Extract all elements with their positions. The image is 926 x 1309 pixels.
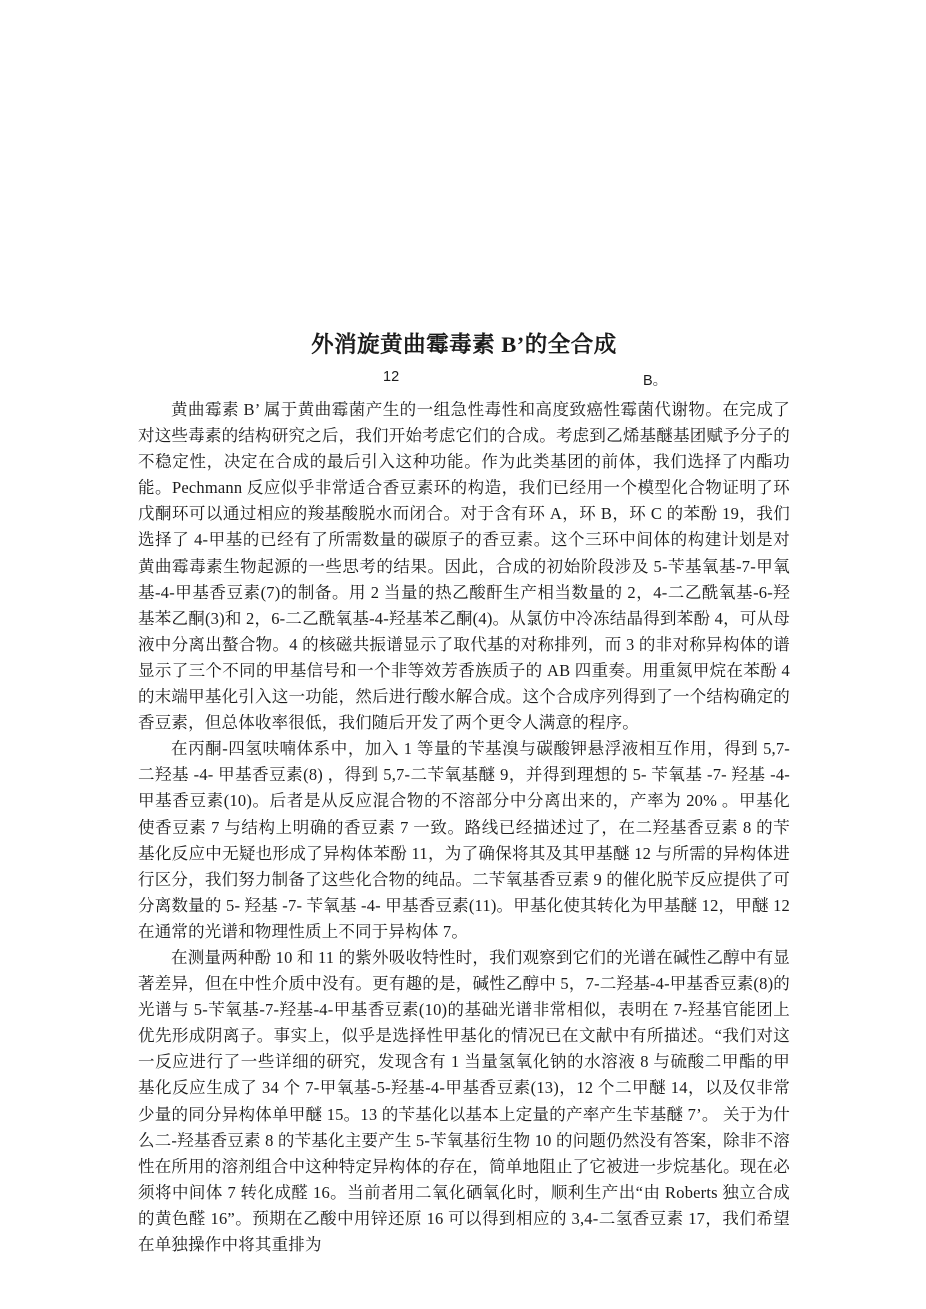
body-paragraph-1: 黄曲霉素 B’ 属于黄曲霉菌产生的一组急性毒性和高度致癌性霉菌代谢物。在完成了对… (138, 397, 790, 736)
document-title: 外消旋黄曲霉毒素 B’的全合成 (138, 331, 790, 359)
footnote-ref-left: 12 (383, 369, 399, 385)
marginalia-row: 12 B。 (138, 367, 790, 397)
footnote-ref-right: B。 (643, 369, 667, 390)
document-body: 黄曲霉素 B’ 属于黄曲霉菌产生的一组急性毒性和高度致癌性霉菌代谢物。在完成了对… (138, 397, 790, 1258)
document-page: 外消旋黄曲霉毒素 B’的全合成 12 B。 黄曲霉素 B’ 属于黄曲霉菌产生的一… (0, 0, 926, 1309)
body-paragraph-3: 在测量两种酚 10 和 11 的紫外吸收特性时，我们观察到它们的光谱在碱性乙醇中… (138, 945, 790, 1258)
body-paragraph-2: 在丙酮-四氢呋喃体系中，加入 1 等量的苄基溴与碳酸钾悬浮液相互作用，得到 5,… (138, 736, 790, 945)
